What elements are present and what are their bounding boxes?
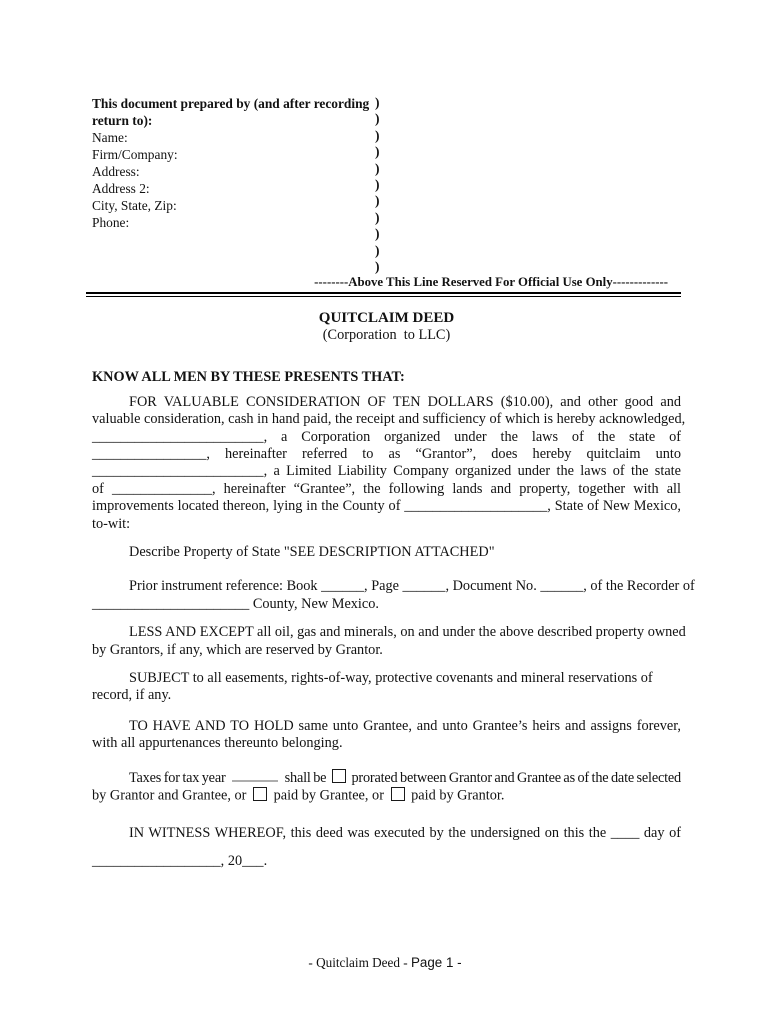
less-and-except-line: by Grantors, if any, which are reserved … — [92, 642, 681, 659]
consideration-line: ________________________, a Limited Liab… — [92, 463, 681, 480]
consideration-paragraph: FOR VALUABLE CONSIDERATION OF TEN DOLLAR… — [92, 394, 681, 533]
taxes-text-segment: by Grantor and Grantee, or — [92, 788, 246, 804]
consideration-line: valuable consideration, cash in hand pai… — [92, 411, 681, 428]
taxes-text-segment: paid by Grantor. — [411, 788, 504, 804]
prior-instrument-paragraph: Prior instrument reference: Book ______,… — [92, 578, 681, 613]
checkbox-prorated — [332, 769, 346, 783]
field-label-phone: Phone: — [92, 214, 681, 231]
habendum-paragraph: TO HAVE AND TO HOLD same unto Grantee, a… — [92, 718, 681, 753]
consideration-line: of ______________, hereinafter “Grantee”… — [92, 481, 681, 498]
field-label-name: Name: — [92, 129, 681, 146]
closing-paren: ) — [375, 226, 380, 242]
prepared-by-line-1: This document prepared by (and after rec… — [92, 95, 681, 112]
taxes-line-2: by Grantor and Grantee, or paid by Grant… — [92, 787, 681, 805]
reserved-for-official-use-line: --------Above This Line Reserved For Off… — [92, 276, 681, 290]
consideration-line: FOR VALUABLE CONSIDERATION OF TEN DOLLAR… — [92, 394, 681, 411]
closing-paren: ) — [375, 144, 380, 160]
closing-paren: ) — [375, 161, 380, 177]
document-subtitle: (Corporation to LLC) — [92, 327, 681, 344]
witness-line-2: __________________, 20___. — [92, 853, 681, 870]
taxes-text-segment: shall be — [285, 770, 327, 786]
subject-paragraph: SUBJECT to all easements, rights-of-way,… — [92, 670, 681, 705]
witness-line-1: IN WITNESS WHEREOF, this deed was execut… — [92, 825, 681, 842]
witness-paragraph: IN WITNESS WHEREOF, this deed was execut… — [92, 825, 681, 871]
habendum-line: with all appurtenances thereunto belongi… — [92, 735, 681, 752]
checkbox-paid-by-grantee — [253, 787, 267, 801]
taxes-text-segment: paid by Grantee, or — [274, 788, 384, 804]
recorder-header-block: This document prepared by (and after rec… — [92, 95, 681, 275]
document-title: QUITCLAIM DEED — [92, 310, 681, 327]
prior-instrument-line: ______________________ County, New Mexic… — [92, 596, 681, 613]
separator-rule — [86, 292, 681, 297]
consideration-line: ________________________, a Corporation … — [92, 429, 681, 446]
tax-year-blank — [232, 768, 278, 782]
field-label-firm-company: Firm/Company: — [92, 146, 681, 163]
closing-paren: ) — [375, 95, 380, 111]
recorder-paren-column: ) ) ) ) ) ) ) ) ) ) ) — [375, 95, 380, 275]
closing-paren: ) — [375, 177, 380, 193]
consideration-line: to-wit: — [92, 516, 681, 533]
footer-page-label: Page 1 - — [411, 955, 462, 970]
less-and-except-line: LESS AND EXCEPT all oil, gas and mineral… — [92, 624, 681, 641]
document-page: This document prepared by (and after rec… — [0, 0, 770, 1024]
document-content: This document prepared by (and after rec… — [92, 95, 681, 871]
closing-paren: ) — [375, 111, 380, 127]
page-footer: - Quitclaim Deed - Page 1 - — [0, 955, 770, 971]
describe-property-line: Describe Property of State "SEE DESCRIPT… — [92, 544, 681, 561]
closing-paren: ) — [375, 210, 380, 226]
know-all-men-heading: KNOW ALL MEN BY THESE PRESENTS THAT: — [92, 369, 681, 386]
footer-doc-label: - Quitclaim Deed - — [308, 955, 411, 970]
field-label-address: Address: — [92, 163, 681, 180]
taxes-paragraph: Taxes for tax year shall be prorated bet… — [92, 768, 681, 805]
less-and-except-paragraph: LESS AND EXCEPT all oil, gas and mineral… — [92, 624, 681, 659]
prepared-by-block: This document prepared by (and after rec… — [92, 95, 681, 231]
subject-line: SUBJECT to all easements, rights-of-way,… — [92, 670, 681, 687]
field-label-address-2: Address 2: — [92, 180, 681, 197]
habendum-line: TO HAVE AND TO HOLD same unto Grantee, a… — [92, 718, 681, 735]
consideration-line: improvements located thereon, lying in t… — [92, 498, 681, 515]
taxes-line-1: Taxes for tax year shall be prorated bet… — [92, 768, 681, 787]
subject-line: record, if any. — [92, 687, 681, 704]
closing-paren: ) — [375, 128, 380, 144]
closing-paren: ) — [375, 193, 380, 209]
closing-paren: ) — [375, 243, 380, 259]
prior-instrument-line: Prior instrument reference: Book ______,… — [92, 578, 681, 595]
prepared-by-line-2: return to): — [92, 112, 681, 129]
field-label-city-state-zip: City, State, Zip: — [92, 197, 681, 214]
closing-paren: ) — [375, 259, 380, 275]
consideration-line: ________________, hereinafter referred t… — [92, 446, 681, 463]
taxes-text-segment: prorated between Grantor and Grantee as … — [351, 770, 681, 786]
taxes-text-segment: Taxes for tax year — [129, 770, 226, 786]
checkbox-paid-by-grantor — [391, 787, 405, 801]
